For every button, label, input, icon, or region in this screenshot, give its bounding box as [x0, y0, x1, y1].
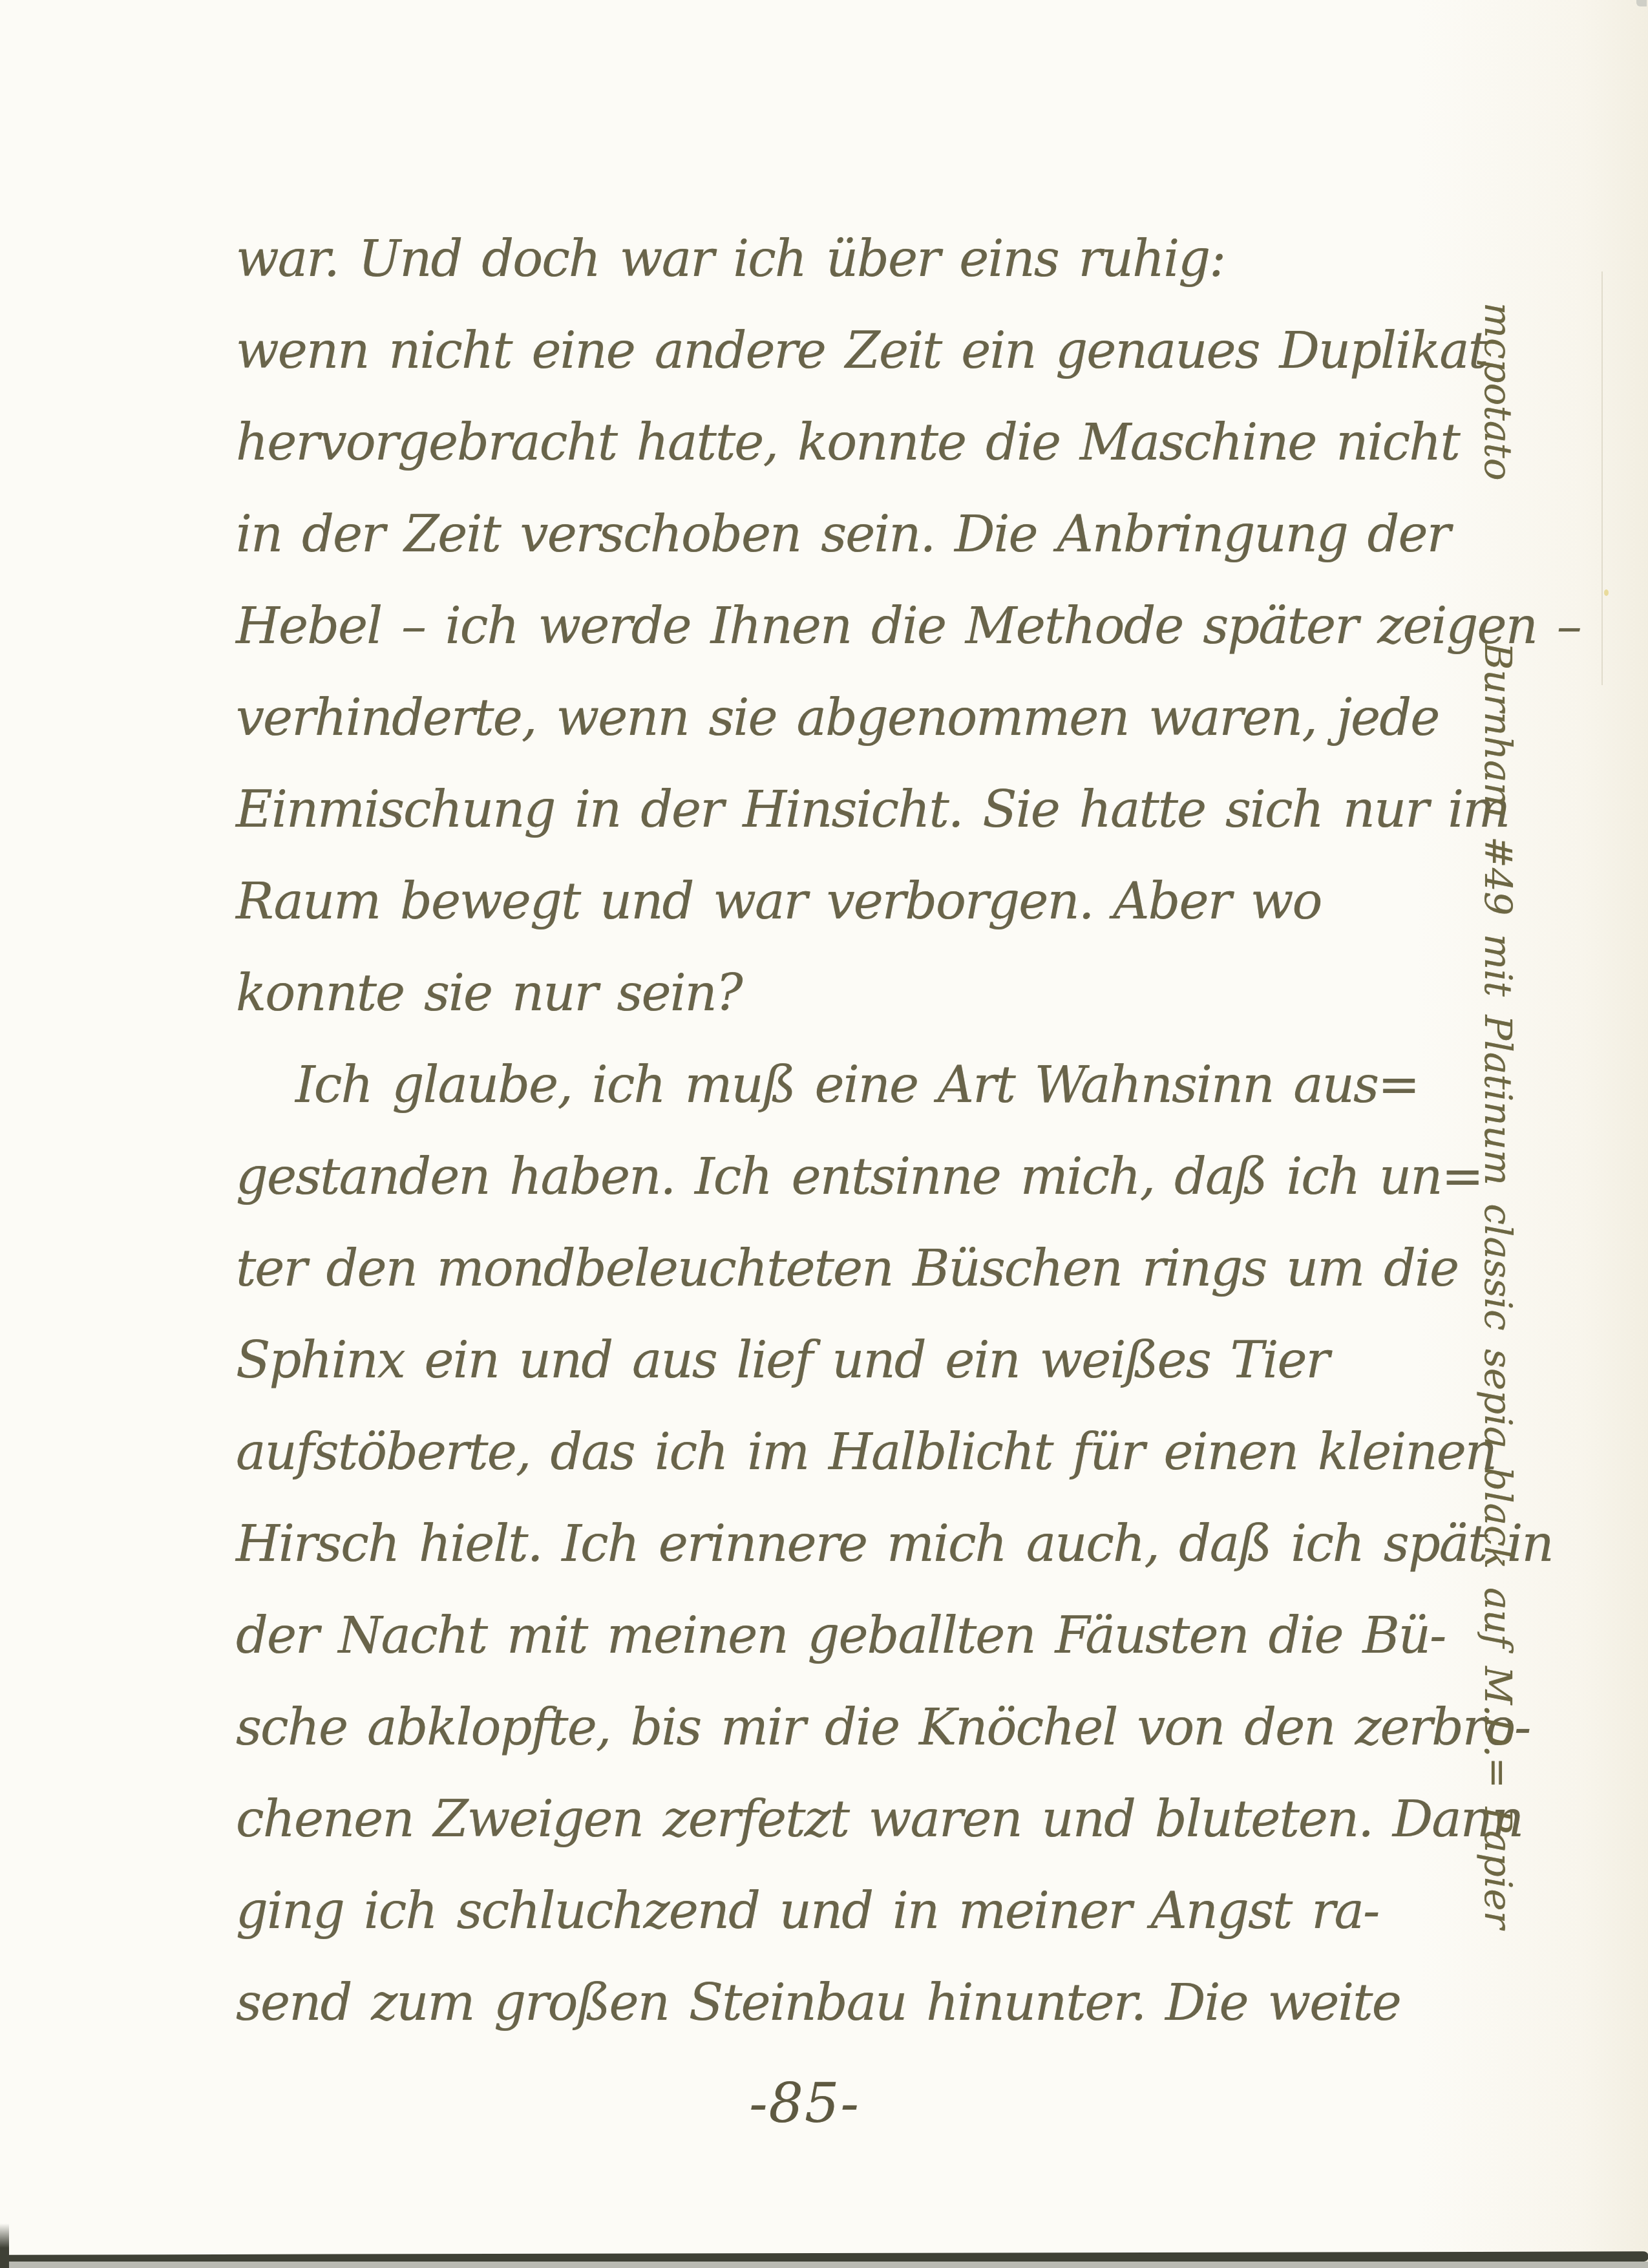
text-line: Hirsch hielt. Ich erinnere mich auch, da…: [236, 1498, 1464, 1590]
text-line: aufstöberte, das ich im Halblicht für ei…: [236, 1406, 1464, 1498]
text-line: in der Zeit verschoben sein. Die Anbring…: [236, 489, 1464, 580]
text-line: Sphinx ein und aus lief und ein weißes T…: [236, 1315, 1464, 1406]
handwritten-text-block: war. Und doch war ich über eins ruhig: w…: [236, 213, 1464, 2049]
text-line: wenn nicht eine andere Zeit ein genaues …: [236, 305, 1464, 397]
paper-speck: [1604, 589, 1609, 596]
text-line: ter den mondbeleuchteten Büschen rings u…: [236, 1223, 1464, 1315]
text-line: chenen Zweigen zerfetzt waren und blutet…: [236, 1774, 1464, 1865]
pen-ink-paper-note: Burnham #49 mit Platinum classic sepia b…: [1476, 642, 1520, 1929]
text-line: Raum bewegt und war verborgen. Aber wo: [236, 856, 1464, 948]
text-line: gestanden haben. Ich entsinne mich, daß …: [236, 1131, 1464, 1223]
text-line-paragraph-start: Ich glaube, ich muß eine Art Wahnsinn au…: [236, 1039, 1464, 1131]
scan-edge-strip: [0, 2262, 1648, 2268]
text-line: sche abklopfte, bis mir die Knöchel von …: [236, 1682, 1464, 1774]
text-line: konnte sie nur sein?: [236, 948, 1464, 1039]
page-number: -85-: [236, 2072, 1373, 2135]
scanned-page: war. Und doch war ich über eins ruhig: w…: [0, 0, 1648, 2268]
text-line: send zum großen Steinbau hinunter. Die w…: [236, 1957, 1464, 2049]
scanner-corner-mark: [1636, 0, 1647, 6]
text-line: war. Und doch war ich über eins ruhig:: [236, 213, 1464, 305]
paper-crease-line: [1601, 271, 1603, 685]
text-line: hervorgebracht hatte, konnte die Maschin…: [236, 397, 1464, 489]
text-line: der Nacht mit meinen geballten Fäusten d…: [236, 1590, 1464, 1682]
text-line: verhinderte, wenn sie abgenommen waren, …: [236, 672, 1464, 764]
text-line: Hebel – ich werde Ihnen die Methode spät…: [236, 580, 1464, 672]
margin-note-vertical: mcpotatoBurnham #49 mit Platinum classic…: [1476, 302, 1520, 1929]
writer-handle: mcpotato: [1476, 302, 1520, 481]
text-line: Einmischung in der Hinsicht. Sie hatte s…: [236, 764, 1464, 856]
text-line: ging ich schluchzend und in meiner Angst…: [236, 1865, 1464, 1957]
scan-corner-shadow: [0, 2223, 9, 2268]
